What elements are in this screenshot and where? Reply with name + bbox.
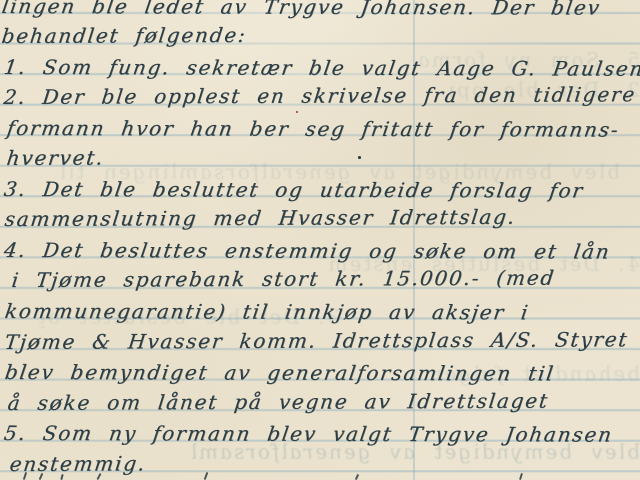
handwriting-line-1: lingen ble ledet av Trygve Johansen. Der… — [0, 0, 603, 22]
handwriting-line-16: enstemmig. — [8, 448, 148, 479]
handwriting-line-11: kommunegarantie) til innkjøp av aksjer i — [3, 296, 531, 327]
handwriting-line-10: i Tjøme sparebank stort kr. 15.000.- (me… — [10, 263, 557, 295]
handwriting-line-13: blev bemyndiget av generalforsamlingen t… — [3, 357, 557, 388]
ink-stroke — [519, 473, 523, 480]
red-speck — [296, 111, 298, 113]
ink-stroke — [204, 472, 209, 480]
ink-stroke — [355, 474, 359, 480]
handwriting-line-2: behandlet følgende: — [0, 20, 248, 51]
handwriting-line-5: formann hvor han ber seg fritatt for for… — [5, 113, 622, 145]
handwritten-minutes-page: 5. Som ny formann blev valgt Trygve Joha… — [0, 0, 640, 480]
handwriting-line-4: 2. Der ble opplest en skrivelse fra den … — [2, 79, 638, 112]
handwriting-line-12: Tjøme & Hvasser komm. Idrettsplass A/S. … — [3, 324, 630, 357]
handwriting-line-8: sammenslutning med Hvasser Idrettslag. — [3, 202, 518, 234]
handwriting-line-9: 4. Det besluttes enstemmig og søke om et… — [2, 235, 613, 267]
ink-dot — [358, 156, 361, 159]
handwriting-line-3: 1. Som fung. sekretær ble valgt Aage G. … — [2, 52, 640, 84]
handwriting-line-6: hvervet. — [5, 143, 106, 173]
handwriting-line-7: 3. Det ble besluttet og utarbeide forsla… — [2, 174, 586, 206]
handwriting-line-14: å søke om lånet på vegne av Idrettslaget — [6, 385, 551, 417]
handwriting-line-15: 5. Som ny formann blev valgt Trygve Joha… — [2, 418, 615, 450]
